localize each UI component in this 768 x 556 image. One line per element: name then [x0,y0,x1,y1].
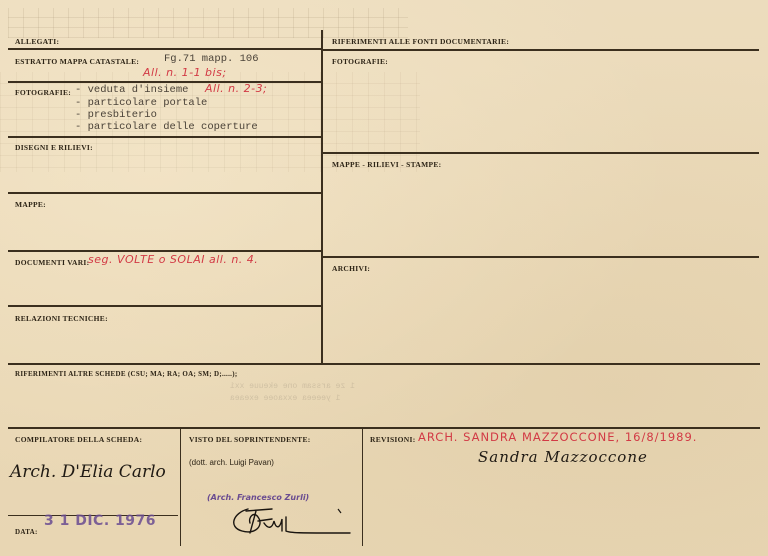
bleed-through-text: 1 ze arssam one ekeuue xxi [230,382,355,391]
rule [8,48,321,50]
fotografie-item: - particolare delle coperture [75,121,258,133]
rule [8,136,321,138]
rule [8,250,321,252]
rule [8,81,321,83]
soprintendente-signature [228,503,358,544]
fotografie-label: Fotografie: [15,88,71,97]
archivi-label: Archivi: [332,264,370,273]
data-label: Data: [15,528,38,536]
soprintendente-typed-name: (dott. arch. Luigi Pavan) [189,458,274,467]
estratto-annotation: All. n. 1-1 bis; [143,66,227,79]
fotografie-item: - veduta d'insieme [75,84,188,96]
visto-label: Visto del Soprintendente: [189,435,311,444]
allegati-label: Allegati: [15,37,59,46]
estratto-value: Fg.71 mapp. 106 [164,53,259,65]
column-divider [321,30,323,364]
rule [8,427,760,429]
disegni-label: Disegni e rilievi: [15,143,93,152]
column-divider [362,428,363,546]
rule [321,49,759,51]
rule [8,192,321,194]
documenti-annotation: seg. VOLTE o SOLAI all. n. 4. [88,253,258,266]
rule [8,363,760,365]
compilatore-label: Compilatore della scheda: [15,435,142,444]
relazioni-label: Relazioni tecniche: [15,314,108,323]
documenti-label: Documenti vari: [15,258,89,267]
rule [321,256,759,258]
mappe-rilievi-stampe-label: Mappe - Rilievi - Stampe: [332,160,441,169]
riferimenti-fonti-label: Riferimenti alle fonti documentarie: [332,37,509,46]
fotografie-item: - particolare portale [75,97,207,109]
rule [8,305,321,307]
soprintendente-stamp: (Arch. Francesco Zurli) [207,493,309,502]
compilatore-signature: Arch. D'Elia Carlo [10,462,166,482]
revisioni-signature: Sandra Mazzoccone [478,448,648,466]
right-fotografie-label: Fotografie: [332,57,388,66]
bleed-through-text: 1 yeeeea exxaoee exeaea [230,394,340,403]
fotografie-annotation: All. n. 2-3; [205,82,267,95]
estratto-label: Estratto mappa catastale: [15,57,139,66]
fotografie-item: - presbiterio [75,109,157,121]
date-stamp: 3 1 DIC. 1976 [44,513,156,529]
column-divider [180,428,181,546]
revisioni-annotation: ARCH. SANDRA MAZZOCCONE, 16/8/1989. [418,430,697,444]
revisioni-label: Revisioni: [370,435,416,444]
riferimenti-altre-label: Riferimenti altre schede (CSU; MA; RA; O… [15,370,237,378]
bleed-through-grid [8,8,408,38]
mappe-label: Mappe: [15,200,46,209]
rule [321,152,759,154]
